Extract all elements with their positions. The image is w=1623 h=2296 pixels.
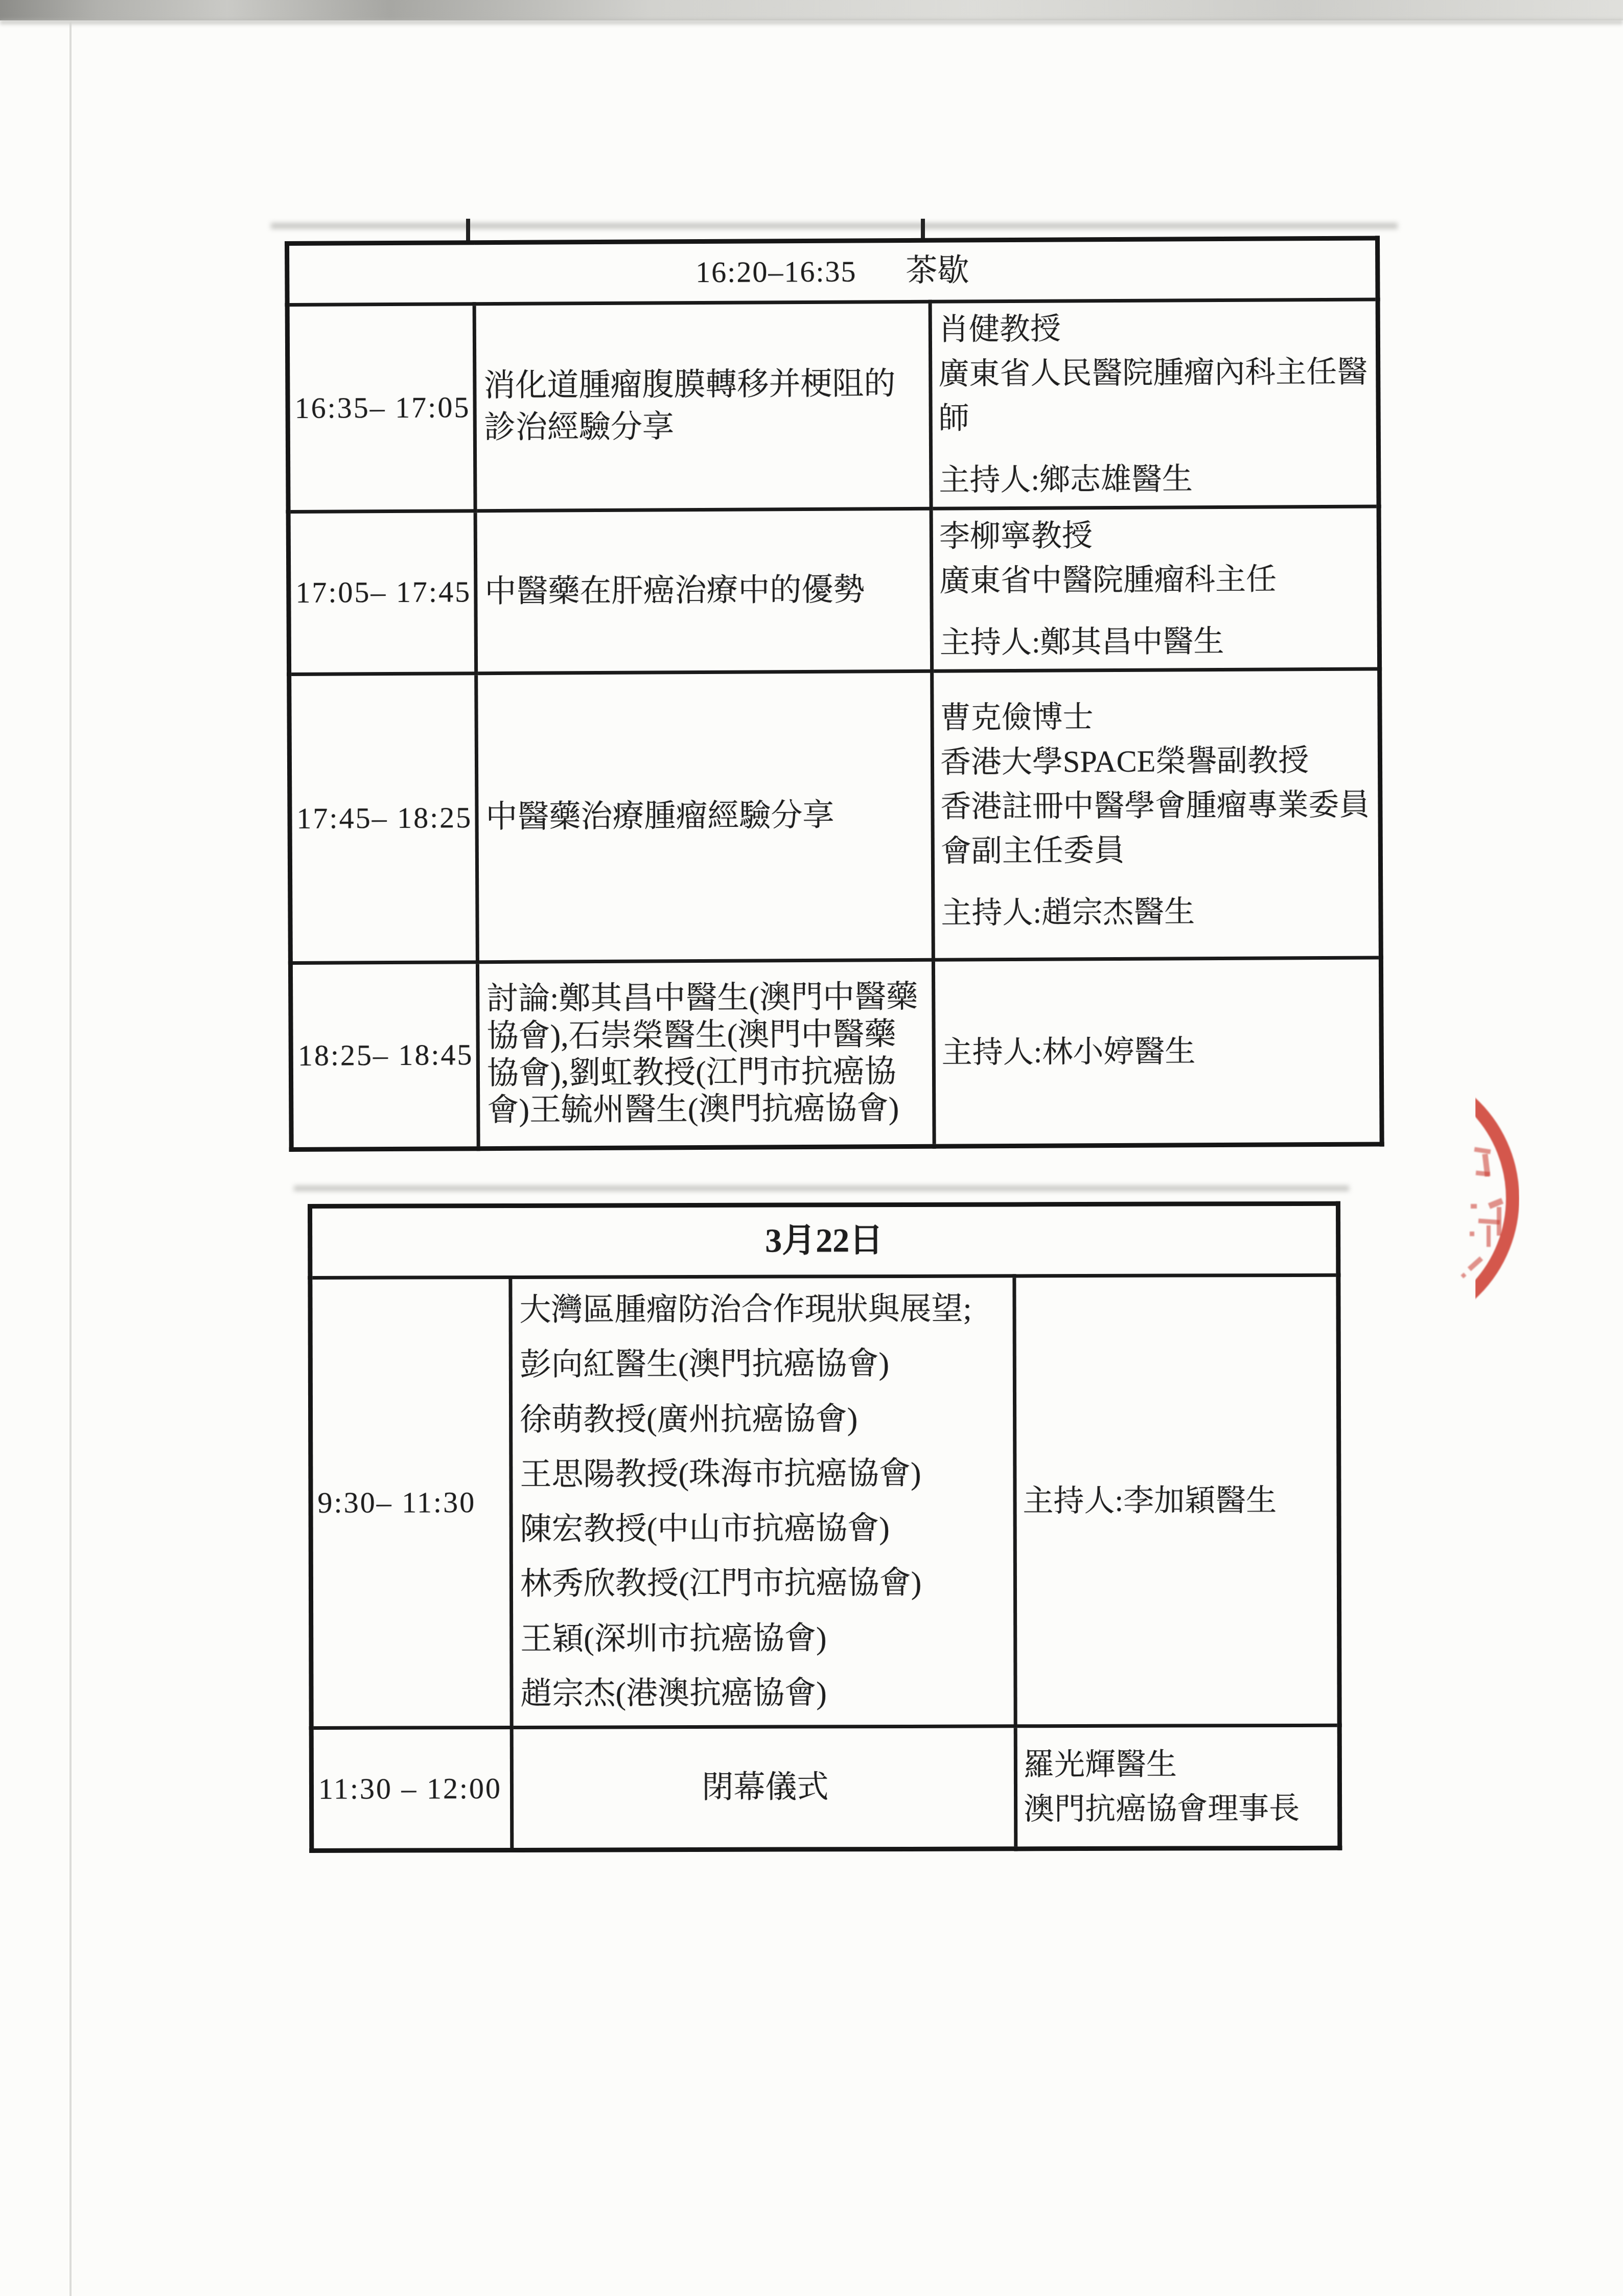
topic-cell: 中醫藥在肝癌治療中的優勢	[475, 508, 932, 673]
topic-cell: 大灣區腫瘤防治合作現狀與展望; 彭向紅醫生(澳門抗癌協會) 徐萌教授(廣州抗癌協…	[511, 1276, 1015, 1728]
speaker-title: 香港註冊中醫學會腫瘤專業委員會副主任委員	[940, 782, 1377, 873]
schedule-table-day1: 16:20–16:35茶歇 16:35– 17:05 消化道腫瘤腹膜轉移并梗阻的…	[285, 236, 1384, 1152]
table-row: 18:25– 18:45 討論:鄭其昌中醫生(澳門中醫藥協會),石崇榮醫生(澳門…	[290, 958, 1382, 1149]
time-cell: 18:25– 18:45	[290, 962, 478, 1150]
speaker-name: 羅光輝醫生	[1024, 1742, 1336, 1788]
topic-line: 趙宗杰(港澳抗癌協會)	[520, 1665, 1009, 1722]
time-cell: 9:30– 11:30	[310, 1277, 512, 1728]
topic-cell: 消化道腫瘤腹膜轉移并梗阻的診治經驗分享	[474, 302, 931, 511]
tea-break-label: 茶歇	[906, 253, 969, 289]
speaker-cell: 主持人:林小婷醫生	[933, 958, 1382, 1146]
table-row: 9:30– 11:30 大灣區腫瘤防治合作現狀與展望; 彭向紅醫生(澳門抗癌協會…	[310, 1275, 1339, 1728]
topic-line: 王思陽教授(珠海市抗癌協會)	[520, 1446, 1009, 1502]
speaker-title: 香港大學SPACE榮譽副教授	[940, 738, 1377, 784]
topic-line: 林秀欣教授(江門市抗癌協會)	[520, 1556, 1009, 1612]
topic-cell: 閉幕儀式	[512, 1726, 1016, 1850]
speaker-cell: 李柳寧教授 廣東省中醫院腫瘤科主任 主持人:鄭其昌中醫生	[931, 506, 1380, 671]
table-divider-stub	[466, 219, 470, 241]
day-header-cell: 3月22日	[310, 1203, 1338, 1278]
scan-edge-band	[0, 0, 1623, 20]
speaker-name: 曹克儉博士	[940, 693, 1376, 740]
speaker-cell: 肖健教授 廣東省人民醫院腫瘤內科主任醫師 主持人:鄉志雄醫生	[930, 299, 1379, 508]
time-cell: 17:05– 17:45	[288, 511, 476, 675]
topic-line: 徐萌教授(廣州抗癌協會)	[520, 1391, 1009, 1448]
moderator-line: 主持人:趙宗杰醫生	[941, 889, 1377, 935]
scan-fuzz-line	[294, 1186, 1349, 1191]
topic-line: 大灣區腫瘤防治合作現狀與展望;	[519, 1282, 1008, 1338]
scan-left-line	[69, 21, 72, 2296]
table-row: 17:05– 17:45 中醫藥在肝癌治療中的優勢 李柳寧教授 廣東省中醫院腫瘤…	[288, 506, 1380, 674]
time-cell: 11:30 – 12:00	[311, 1727, 512, 1850]
scanned-schedule-page: 16:20–16:35茶歇 16:35– 17:05 消化道腫瘤腹膜轉移并梗阻的…	[0, 0, 1623, 2296]
schedule-table-day1-wrap: 16:20–16:35茶歇 16:35– 17:05 消化道腫瘤腹膜轉移并梗阻的…	[285, 236, 1384, 1152]
schedule-table-day2: 3月22日 9:30– 11:30 大灣區腫瘤防治合作現狀與展望; 彭向紅醫生(…	[308, 1201, 1342, 1853]
time-cell: 17:45– 18:25	[289, 674, 478, 963]
speaker-name: 李柳寧教授	[939, 513, 1376, 559]
table-row: 16:35– 17:05 消化道腫瘤腹膜轉移并梗阻的診治經驗分享 肖健教授 廣東…	[287, 299, 1379, 512]
moderator-line: 主持人:鄭其昌中醫生	[940, 619, 1376, 665]
table-row: 17:45– 18:25 中醫藥治療腫瘤經驗分享 曹克儉博士 香港大學SPACE…	[289, 669, 1381, 963]
red-seal-fragment	[1487, 1225, 1491, 1247]
speaker-cell: 羅光輝醫生 澳門抗癌協會理事長	[1015, 1725, 1340, 1849]
scan-fuzz-line	[271, 223, 1398, 229]
schedule-table-day2-wrap: 3月22日 9:30– 11:30 大灣區腫瘤防治合作現狀與展望; 彭向紅醫生(…	[308, 1201, 1342, 1853]
scan-edge-shadow	[0, 19, 1623, 25]
moderator-line: 主持人:林小婷醫生	[942, 1029, 1378, 1075]
moderator-line: 主持人:李加穎醫生	[1023, 1478, 1335, 1523]
table-row: 11:30 – 12:00 閉幕儀式 羅光輝醫生 澳門抗癌協會理事長	[311, 1725, 1340, 1850]
topic-line: 彭向紅醫生(澳門抗癌協會)	[520, 1337, 1009, 1393]
red-seal-fragment	[1471, 1204, 1477, 1209]
topic-cell: 討論:鄭其昌中醫生(澳門中醫藥協會),石崇榮醫生(澳門中醫藥協會),劉虹教授(江…	[477, 960, 934, 1148]
red-seal-fragment	[1470, 1232, 1474, 1236]
red-seal-fragment	[1460, 1272, 1466, 1278]
tea-break-time: 16:20–16:35	[695, 255, 857, 289]
topic-line: 陳宏教授(中山市抗癌協會)	[520, 1501, 1009, 1557]
table-row: 3月22日	[310, 1203, 1338, 1278]
speaker-title: 廣東省人民醫院腫瘤內科主任醫師	[938, 350, 1375, 441]
speaker-name: 肖健教授	[938, 306, 1375, 352]
time-cell: 16:35– 17:05	[287, 304, 475, 512]
speaker-title: 澳門抗癌協會理事長	[1024, 1787, 1336, 1832]
moderator-line: 主持人:鄉志雄醫生	[939, 456, 1375, 503]
table-row: 16:20–16:35茶歇	[287, 238, 1378, 305]
topic-line: 王穎(深圳市抗癌協會)	[520, 1611, 1009, 1667]
tea-break-cell: 16:20–16:35茶歇	[287, 238, 1378, 305]
speaker-cell: 曹克儉博士 香港大學SPACE榮譽副教授 香港註冊中醫學會腫瘤專業委員會副主任委…	[932, 669, 1381, 960]
topic-cell: 中醫藥治療腫瘤經驗分享	[476, 671, 934, 962]
speaker-title: 廣東省中醫院腫瘤科主任	[939, 557, 1376, 604]
speaker-cell: 主持人:李加穎醫生	[1014, 1275, 1339, 1726]
